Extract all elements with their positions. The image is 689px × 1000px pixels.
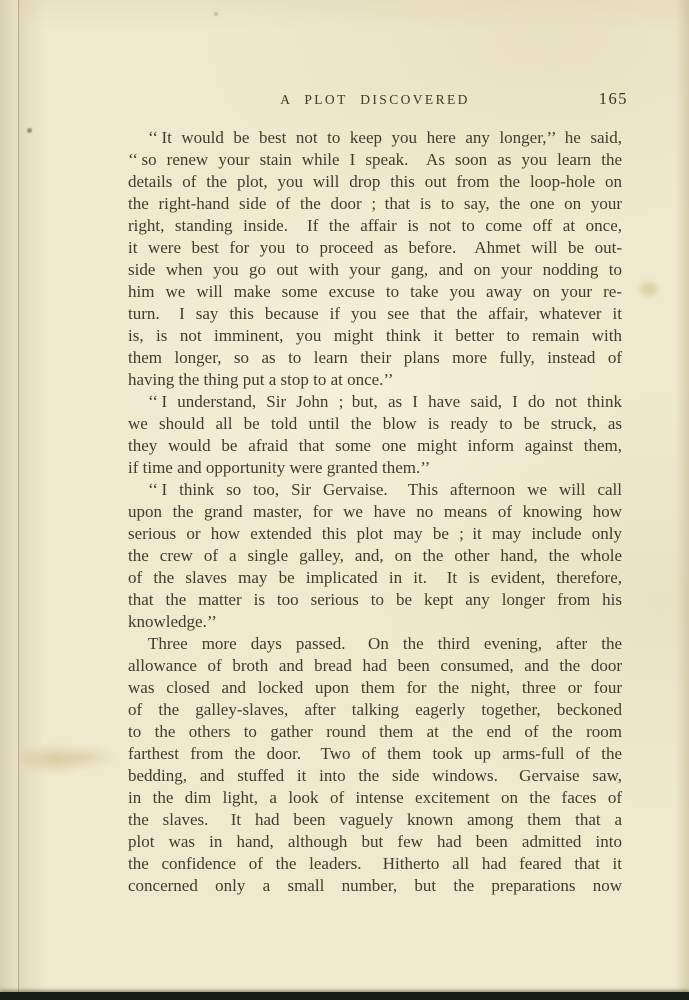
text-line: him we will make some excuse to take you… [128,281,622,303]
page-number: 165 [599,89,628,109]
text-line: it were best for you to proceed as befor… [128,237,622,259]
page-header: A PLOT DISCOVERED 165 [128,92,622,112]
page-left-edge-shadow [19,0,45,1000]
text-line: the right-hand side of the door ; that i… [128,193,622,215]
text-line: details of the plot, you will drop this … [128,171,622,193]
paper-stain [20,740,112,778]
text-line: was closed and locked upon them for the … [128,677,622,699]
text-line: concerned only a small number, but the p… [128,875,622,897]
text-line: Three more days passed. On the third eve… [128,633,622,655]
page-text: ‘‘ It would be best not to keep you here… [128,127,622,897]
text-line: ‘‘ so renew your stain while I speak. As… [128,149,622,171]
text-line: having the thing put a stop to at once.’… [128,369,622,391]
text-line: knowledge.’’ [128,611,622,633]
paper-speck [27,128,32,133]
text-line: of the slaves may be implicated in it. I… [128,567,622,589]
text-line: serious or how extended this plot may be… [128,523,622,545]
text-line: side when you go out with your gang, and… [128,259,622,281]
text-line: to the others to gather round them at th… [128,721,622,743]
text-line: is, is not imminent, you might think it … [128,325,622,347]
text-line: ‘‘ I think so too, Sir Gervaise. This af… [128,479,622,501]
text-line: the confidence of the leaders. Hitherto … [128,853,622,875]
text-line: bedding, and stuffed it into the side wi… [128,765,622,787]
text-line: them longer, so as to learn their plans … [128,347,622,369]
text-line: farthest from the door. Two of them took… [128,743,622,765]
text-line: in the dim light, a look of intense exci… [128,787,622,809]
text-line: right, standing inside. If the affair is… [128,215,622,237]
text-line: allowance of broth and bread had been co… [128,655,622,677]
page-left-edge [0,0,19,1000]
text-line: if time and opportunity were granted the… [128,457,622,479]
text-line: the crew of a single galley, and, on the… [128,545,622,567]
text-line: upon the grand master, for we have no me… [128,501,622,523]
running-title: A PLOT DISCOVERED [128,92,622,108]
scanned-book-page: A PLOT DISCOVERED 165 ‘‘ It would be bes… [0,0,689,1000]
text-line: the slaves. It had been vaguely known am… [128,809,622,831]
text-line: ‘‘ I understand, Sir John ; but, as I ha… [128,391,622,413]
text-line: of the galley-slaves, after talking eage… [128,699,622,721]
text-line: plot was in hand, although but few had b… [128,831,622,853]
text-line: turn. I say this because if you see that… [128,303,622,325]
page-right-edge [675,0,689,1000]
page-bottom-edge [0,992,689,1000]
paper-smudge [640,282,658,296]
text-line: we should all be told until the blow is … [128,413,622,435]
text-line: ‘‘ It would be best not to keep you here… [128,127,622,149]
text-line: they would be afraid that some one might… [128,435,622,457]
paper-speck [214,12,218,16]
text-line: that the matter is too serious to be kep… [128,589,622,611]
